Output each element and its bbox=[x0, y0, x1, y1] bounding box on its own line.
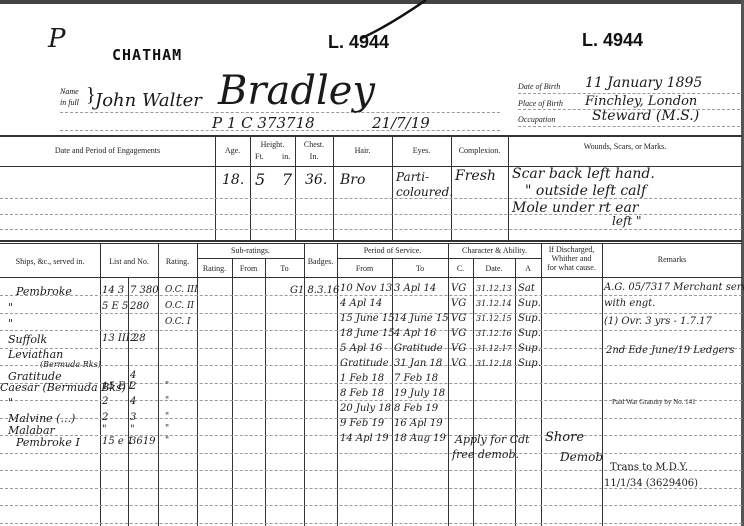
rating-entry: " bbox=[165, 436, 169, 446]
period-to-entry: 14 June 15 bbox=[394, 313, 449, 324]
desc-rule bbox=[0, 229, 742, 230]
list-no-entry: 15 e 1 bbox=[102, 436, 133, 447]
period-from-entry: 20 July 18 bbox=[340, 403, 391, 414]
character-c: VG bbox=[451, 313, 466, 324]
gratuity-stamp: Paid War Gratuity by No. 141 bbox=[612, 398, 696, 406]
ability-a: Sup. bbox=[518, 328, 541, 339]
official-number-right: L. 4944 bbox=[582, 30, 643, 51]
val-hair: Bro bbox=[340, 172, 365, 188]
hdr-ships: Ships, &c., served in. bbox=[0, 257, 100, 266]
hdr-remarks: Remarks bbox=[602, 255, 742, 264]
badge-entry: G1 8.3.16 bbox=[290, 285, 339, 296]
period-to-entry: 19 July 18 bbox=[394, 388, 445, 399]
period-from-entry: 15 June 15 bbox=[340, 313, 395, 324]
dob-underline bbox=[518, 93, 740, 94]
ship-entry: Pembroke I bbox=[16, 436, 80, 449]
hdr-char-a: A bbox=[515, 264, 541, 273]
period-to-entry: 16 Apl 19 bbox=[394, 418, 443, 429]
period-from-entry: 1 Feb 18 bbox=[340, 373, 384, 384]
pob-value: Finchley, London bbox=[585, 94, 697, 109]
hdr-char-c: C. bbox=[448, 264, 473, 273]
character-date: 31.12.13 bbox=[476, 284, 512, 293]
remarks-line-1: A.G. 05/7317 Merchant services bbox=[604, 282, 744, 293]
hdr-discharged-1: If Discharged, bbox=[541, 245, 602, 254]
desc-col-height bbox=[250, 135, 251, 241]
svc-col-divider bbox=[265, 258, 266, 526]
list-no-entry: 4 bbox=[130, 370, 136, 381]
ability-a: Sup. bbox=[518, 313, 541, 324]
character-c: VG bbox=[451, 283, 466, 294]
initial-mark: P bbox=[48, 24, 66, 54]
svc-row-rule bbox=[0, 523, 742, 524]
svc-header-border bbox=[0, 277, 742, 278]
desc-top-border bbox=[0, 135, 742, 137]
hdr-rating: Rating. bbox=[158, 257, 197, 266]
svc-subhdr-sub bbox=[197, 258, 304, 259]
ref-underline bbox=[60, 130, 500, 131]
ship-entry: " bbox=[8, 396, 13, 409]
period-to-entry: 7 Feb 18 bbox=[394, 373, 438, 384]
period-from-entry: 4 Apl 14 bbox=[340, 298, 382, 309]
list-no-entry: 13 III 28 bbox=[102, 333, 146, 344]
occupation-value: Steward (M.S.) bbox=[592, 108, 699, 124]
character-date: 31.12.15 bbox=[476, 314, 512, 323]
list-no-entry: 3 bbox=[130, 412, 136, 423]
name-underline bbox=[60, 112, 500, 113]
hdr-period-to: To bbox=[392, 264, 448, 273]
period-from-entry: 9 Feb 19 bbox=[340, 418, 384, 429]
hdr-hair: Hair. bbox=[333, 146, 392, 155]
hdr-character: Character & Ability. bbox=[448, 246, 541, 255]
list-no-entry: " bbox=[130, 424, 135, 435]
ability-a: Sat bbox=[518, 283, 535, 294]
period-from-entry: 14 Apl 19 bbox=[340, 433, 389, 444]
list-no-entry: " bbox=[102, 424, 107, 435]
period-from-entry: 18 June 15 bbox=[340, 328, 395, 339]
rating-entry: " bbox=[165, 396, 169, 406]
val-height-ft: 5 bbox=[255, 170, 265, 189]
character-date: 31.12.17 bbox=[476, 344, 512, 353]
rating-entry: O.C. I bbox=[165, 317, 191, 327]
ship-entry: (Bermuda Rks) bbox=[40, 360, 101, 369]
list-no-entry: 3619 bbox=[130, 436, 155, 447]
occupation-label: Occupation bbox=[518, 115, 555, 124]
list-no-entry: 14 3 bbox=[102, 285, 124, 296]
svc-row-rule bbox=[0, 453, 742, 454]
val-wounds-2: " outside left calf bbox=[525, 183, 646, 199]
division-label: CHATHAM bbox=[112, 46, 182, 64]
period-to-entry: 8 Feb 19 bbox=[394, 403, 438, 414]
val-age: 18. bbox=[222, 172, 244, 188]
hdr-subratings: Sub-ratings. bbox=[197, 246, 304, 255]
period-to-entry: 31 Jan 18 bbox=[394, 358, 442, 369]
val-eyes-2: coloured. bbox=[396, 185, 453, 199]
svc-subhdr-period bbox=[337, 258, 541, 259]
official-number-left: L. 4944 bbox=[328, 32, 389, 53]
period-to-entry: 3 Apl 14 bbox=[394, 283, 436, 294]
pob-label: Place of Birth bbox=[518, 99, 563, 108]
period-to-entry: Gratitude bbox=[394, 343, 443, 354]
period-from-entry: 8 Feb 18 bbox=[340, 388, 384, 399]
transfer-note-2: 11/1/34 (3629406) bbox=[604, 478, 698, 489]
ability-a: Sup. bbox=[518, 298, 541, 309]
svc-row-rule bbox=[0, 505, 742, 506]
svc-col-divider bbox=[473, 258, 474, 526]
period-to-entry: 4 Apl 16 bbox=[394, 328, 436, 339]
transfer-note-1: Trans to M.D.Y. bbox=[610, 462, 688, 473]
pob-underline bbox=[518, 109, 740, 110]
ability-a: Sup. bbox=[518, 343, 541, 354]
hdr-age: Age. bbox=[215, 146, 250, 155]
surname: Bradley bbox=[218, 68, 375, 114]
list-no-entry: 7 380 bbox=[130, 285, 159, 296]
remarks-line-4: 2nd Ede June/19 Ledgers bbox=[606, 345, 734, 356]
period-from-entry: 10 Nov 13 bbox=[340, 283, 392, 294]
ship-entry: Suffolk bbox=[8, 333, 47, 346]
svc-col-divider bbox=[392, 258, 393, 526]
list-no-entry: 2 bbox=[130, 381, 136, 392]
svc-col-divider bbox=[602, 243, 603, 526]
given-names: John Walter bbox=[95, 90, 202, 111]
hdr-height-in: in. bbox=[282, 152, 290, 161]
rating-entry: " bbox=[165, 424, 169, 434]
list-no-entry: 15 E I bbox=[102, 381, 132, 392]
val-eyes-1: Parti- bbox=[396, 170, 429, 184]
hdr-height-ft: Ft. bbox=[255, 152, 264, 161]
hdr-badges: Badges. bbox=[304, 257, 337, 266]
character-c: VG bbox=[451, 358, 466, 369]
rating-entry: " bbox=[165, 412, 169, 422]
svc-top-border bbox=[0, 243, 742, 244]
svc-col-divider bbox=[515, 258, 516, 526]
character-date: 31.12.14 bbox=[476, 299, 512, 308]
list-no-entry: 280 bbox=[130, 301, 149, 312]
list-no-entry: 2 bbox=[102, 412, 108, 423]
list-no-entry: 2 bbox=[130, 333, 136, 344]
hdr-period-from: From bbox=[337, 264, 392, 273]
remarks-line-3: (1) Ovr. 3 yrs - 1.7.17 bbox=[604, 316, 712, 327]
hdr-discharged: If Discharged, Whither and for what caus… bbox=[541, 245, 602, 272]
name-label-line2: in full bbox=[60, 97, 79, 108]
character-c: VG bbox=[451, 343, 466, 354]
hdr-complexion: Complexion. bbox=[451, 146, 508, 155]
name-label-line1: Name bbox=[60, 86, 79, 97]
hdr-sub-to: To bbox=[265, 264, 304, 273]
desc-col-chest bbox=[295, 135, 296, 241]
name-label: Name in full bbox=[60, 86, 79, 108]
discharge-note-2: free demob. bbox=[452, 448, 519, 461]
character-date: 31.12.16 bbox=[476, 329, 512, 338]
character-c: VG bbox=[451, 298, 466, 309]
rating-entry: O.C. III bbox=[165, 285, 198, 295]
rating-entry: " bbox=[165, 381, 169, 391]
hdr-period: Period of Service. bbox=[337, 246, 448, 255]
discharge-stamp-2: Demob bbox=[560, 450, 603, 464]
ship-entry: " bbox=[8, 301, 13, 314]
remarks-line-2: with engt. bbox=[604, 298, 655, 309]
hdr-chest: Chest. bbox=[295, 140, 333, 149]
occ-underline bbox=[518, 126, 740, 127]
period-to-entry: 18 Aug 19 bbox=[394, 433, 446, 444]
svc-col-divider bbox=[541, 243, 542, 526]
hdr-list-no: List and No. bbox=[100, 257, 158, 266]
character-date: 31.12.18 bbox=[476, 359, 512, 368]
period-from-entry: 5 Apl 16 bbox=[340, 343, 382, 354]
hdr-eyes: Eyes. bbox=[392, 146, 451, 155]
dob-value: 11 January 1895 bbox=[585, 75, 702, 91]
val-wounds-4: left " bbox=[612, 214, 642, 228]
hdr-discharged-3: for what cause. bbox=[541, 263, 602, 272]
hdr-height: Height. bbox=[250, 140, 295, 149]
ship-entry: " bbox=[8, 317, 13, 330]
list-no-entry: 2 bbox=[102, 396, 108, 407]
hdr-chest-in: In. bbox=[295, 152, 333, 161]
val-complexion: Fresh bbox=[455, 168, 496, 184]
hdr-wounds: Wounds, Scars, or Marks. bbox=[508, 142, 742, 151]
val-wounds-1: Scar back left hand. bbox=[512, 166, 655, 182]
discharge-stamp-1: Shore bbox=[545, 430, 584, 445]
hdr-char-date: Date. bbox=[473, 264, 515, 273]
ability-a: Sup. bbox=[518, 358, 541, 369]
val-chest: 36. bbox=[305, 172, 327, 188]
character-c: VG bbox=[451, 328, 466, 339]
svc-col-divider bbox=[448, 243, 449, 526]
hdr-engagements: Date and Period of Engagements bbox=[0, 146, 215, 155]
dob-label: Date of Birth bbox=[518, 82, 560, 91]
rating-entry: O.C. II bbox=[165, 301, 194, 311]
hdr-sub-from: From bbox=[232, 264, 265, 273]
hdr-sub-rating: Rating. bbox=[197, 264, 232, 273]
list-no-entry: 5 E 5 bbox=[102, 301, 128, 312]
svc-col-divider bbox=[232, 258, 233, 526]
list-no-entry: 4 bbox=[130, 396, 136, 407]
period-from-entry: Gratitude bbox=[340, 358, 389, 369]
desc-bottom-border bbox=[0, 240, 742, 242]
ship-entry: Pembroke bbox=[16, 285, 72, 298]
val-height-in: 7 bbox=[282, 170, 292, 189]
discharge-note-1: Apply for Cdt bbox=[455, 433, 530, 446]
hdr-discharged-2: Whither and bbox=[541, 254, 602, 263]
